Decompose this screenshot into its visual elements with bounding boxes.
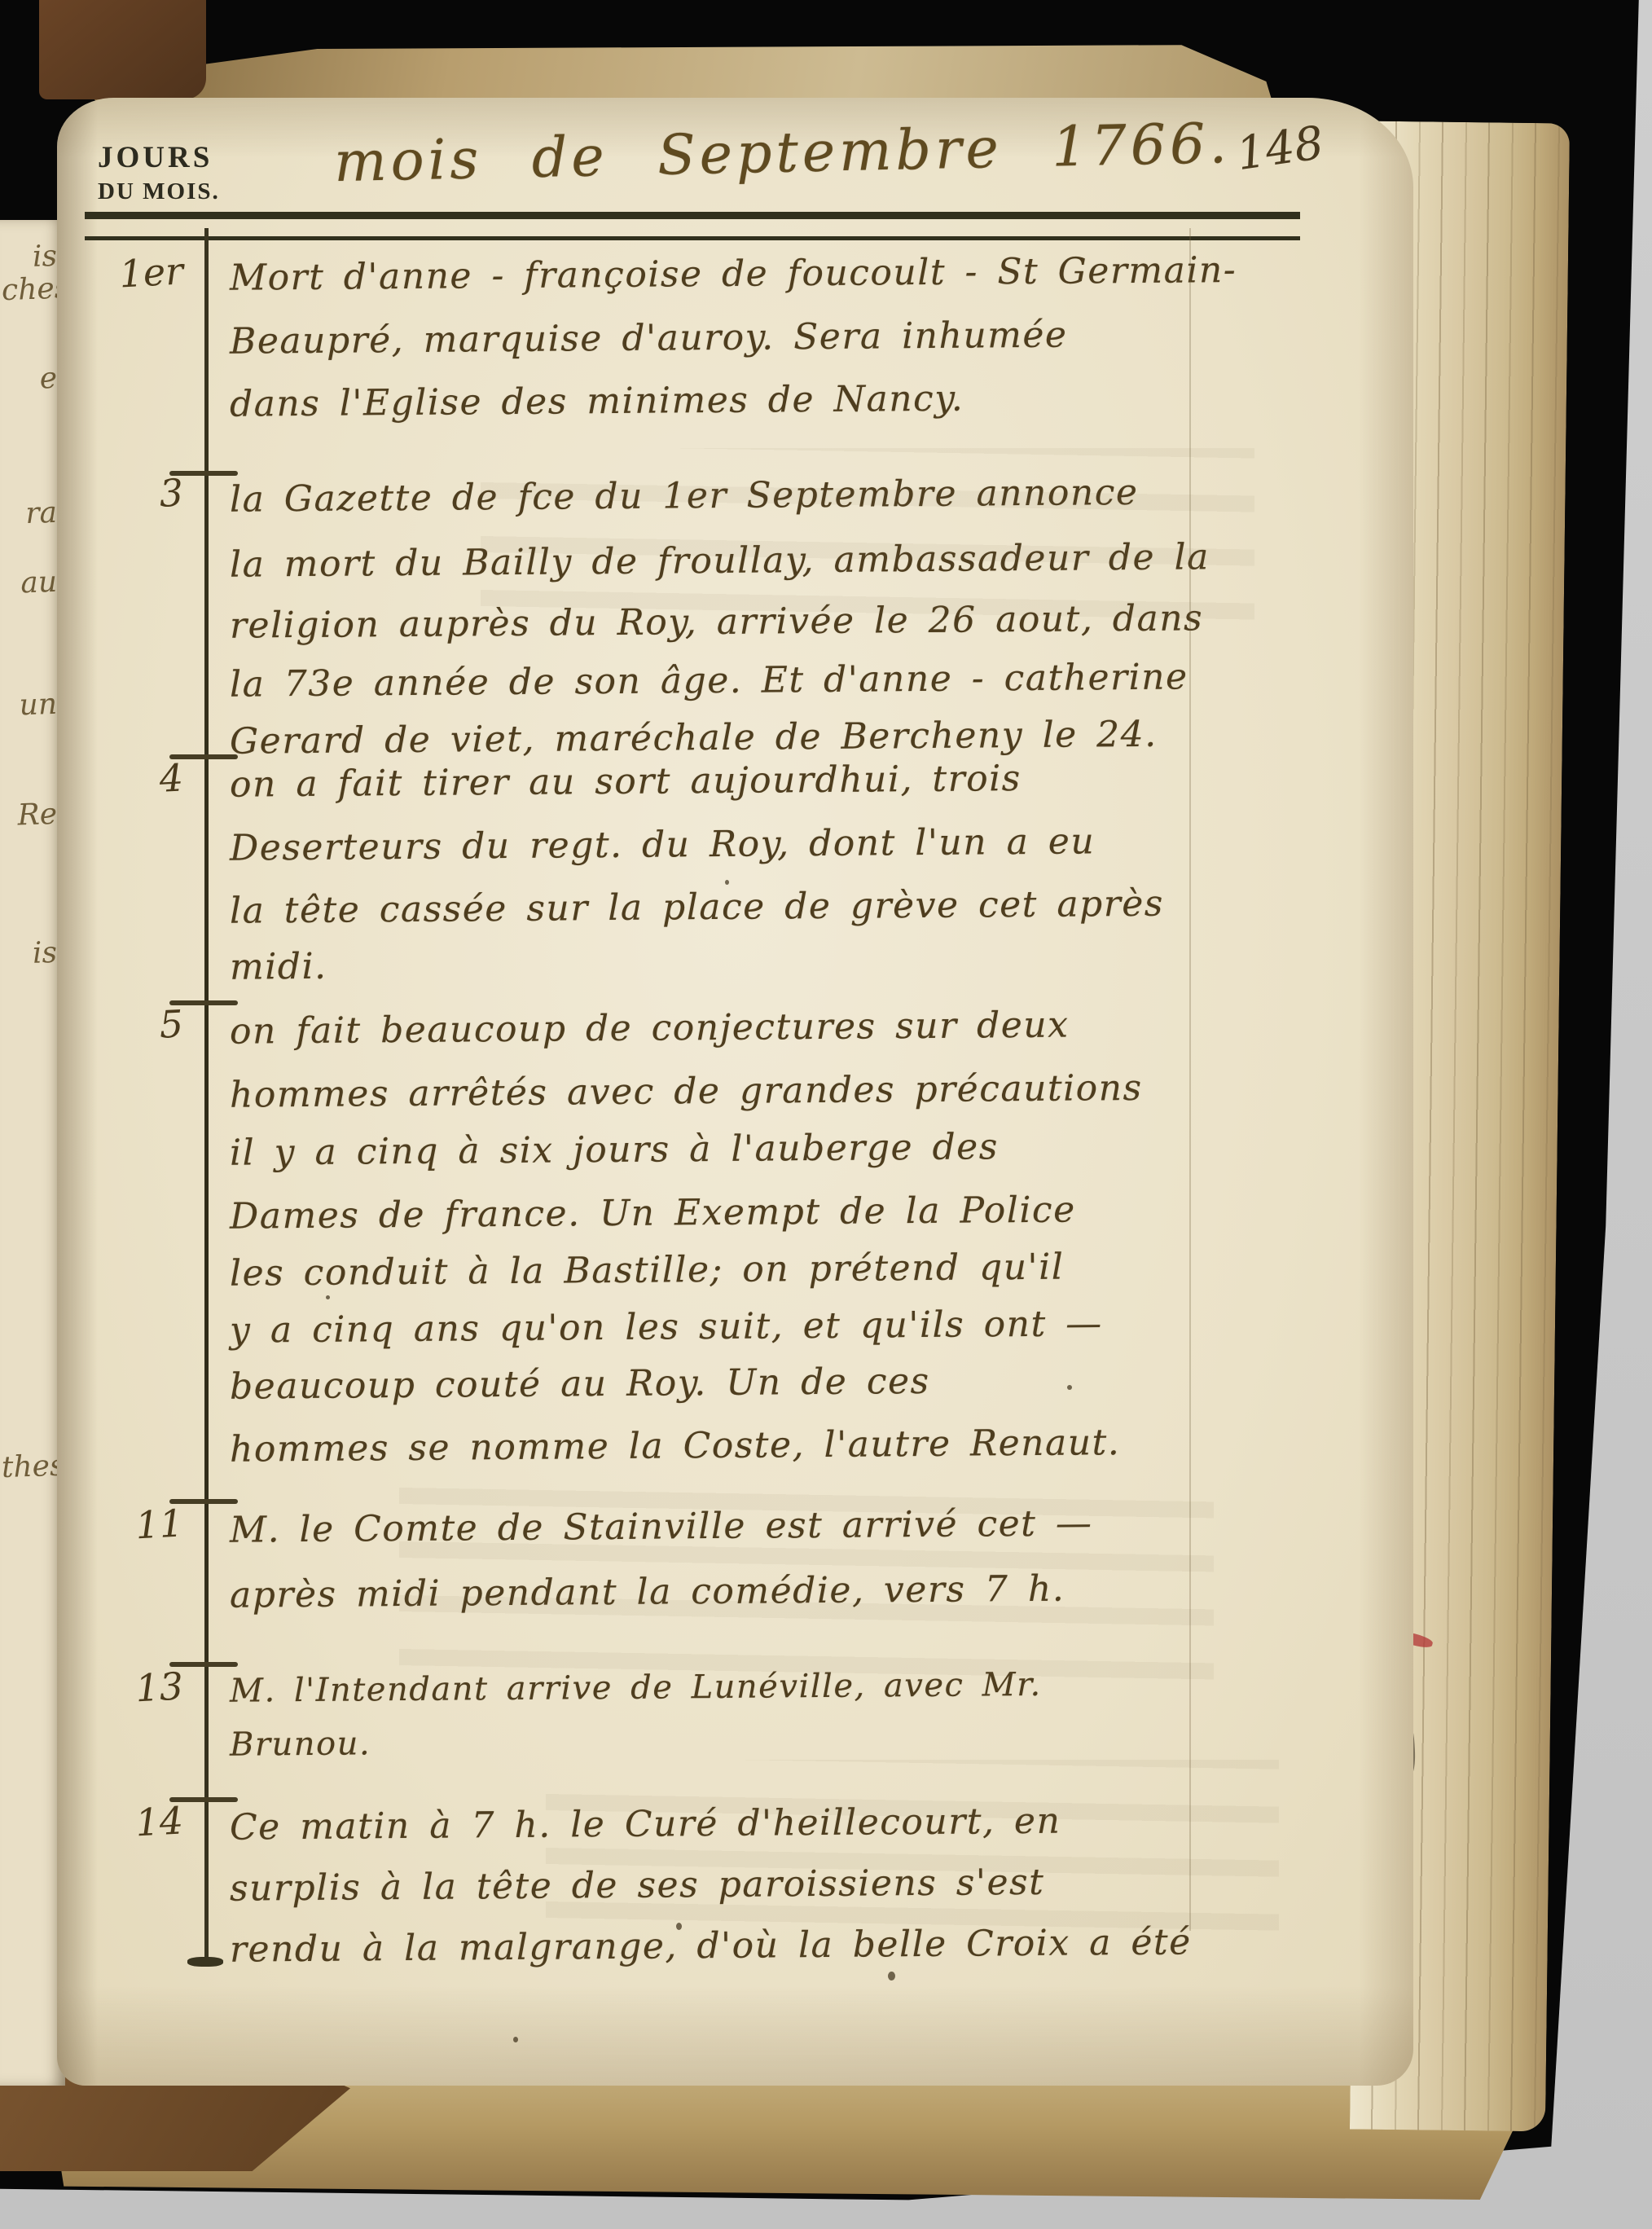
page-crease bbox=[1189, 228, 1191, 1931]
margin-fragment: Re bbox=[1, 798, 57, 833]
entry-line: dans l'Eglise des minimes de Nancy. bbox=[230, 374, 1411, 424]
margin-fragment: is bbox=[1, 240, 57, 275]
entry-line: beaucoup couté au Roy. Un de ces bbox=[230, 1356, 1411, 1407]
entry-line: la Gazette de fce du 1er Septembre annon… bbox=[230, 469, 1411, 520]
month-title: mois de Septembre 1766. bbox=[333, 111, 1279, 195]
entry-line: il y a cinq à six jours à l'auberge des bbox=[230, 1123, 1411, 1173]
entry-line: Mort d'anne - françoise de foucoult - St… bbox=[230, 248, 1411, 298]
entry-line: la 73e année de son âge. Et d'anne - cat… bbox=[230, 654, 1411, 705]
column-header-label: JOURS DU MOIS. bbox=[98, 140, 220, 205]
day-label: 1er bbox=[101, 248, 185, 297]
entry-line: M. l'Intendant arrive de Lunéville, avec… bbox=[230, 1663, 1411, 1709]
margin-fragment: ra bbox=[1, 496, 57, 531]
day-label: 4 bbox=[101, 755, 185, 803]
day-label: 3 bbox=[101, 470, 185, 518]
day-column-rule-end bbox=[187, 1957, 223, 1967]
entry-line: rendu à la malgrange, d'où la belle Croi… bbox=[230, 1919, 1411, 1970]
entry-line: M. le Comte de Stainville est arrivé cet… bbox=[230, 1500, 1411, 1550]
entry-line: la mort du Bailly de froullay, ambassade… bbox=[230, 534, 1411, 585]
entry-line: on a fait tirer au sort aujourdhui, troi… bbox=[230, 754, 1411, 805]
margin-fragment: un bbox=[1, 688, 57, 723]
paper-speck bbox=[513, 2037, 518, 2042]
column-header-line1: JOURS bbox=[98, 140, 220, 175]
paper-speck bbox=[725, 880, 729, 885]
entry-line: Deserteurs du regt. du Roy, dont l'un a … bbox=[230, 818, 1411, 868]
journal-page: JOURS DU MOIS. mois de Septembre 1766. 1… bbox=[57, 98, 1413, 2086]
entry-line: Ce matin à 7 h. le Curé d'heillecourt, e… bbox=[230, 1797, 1411, 1848]
previous-page-edge: is ches e ra au un Re is thes bbox=[0, 220, 65, 2086]
entry-line: on fait beaucoup de conjectures sur deux bbox=[230, 1001, 1411, 1052]
margin-fragment: ches bbox=[1, 272, 57, 307]
book-cover-top-corner bbox=[39, 0, 206, 99]
entry-line: hommes arrêtés avec de grandes précautio… bbox=[230, 1065, 1411, 1115]
page-number: 148 bbox=[1233, 117, 1327, 181]
paper-speck bbox=[1067, 1385, 1072, 1390]
margin-fragment: is bbox=[1, 936, 57, 971]
entry-line: midi. bbox=[230, 937, 1411, 987]
entry-line: surplis à la tête de ses paroissiens s'e… bbox=[230, 1858, 1411, 1909]
day-label: 5 bbox=[101, 1001, 185, 1049]
day-column-rule bbox=[204, 228, 209, 1963]
margin-fragment: e bbox=[1, 362, 57, 397]
entry-line: Gerard de viet, maréchale de Bercheny le… bbox=[230, 711, 1411, 762]
day-label: 13 bbox=[101, 1664, 185, 1712]
day-label: 14 bbox=[101, 1798, 185, 1846]
column-header-line2: DU MOIS. bbox=[98, 178, 220, 205]
entry-line: les conduit à la Bastille; on prétend qu… bbox=[230, 1243, 1411, 1294]
entry-line: la tête cassée sur la place de grève cet… bbox=[230, 881, 1411, 931]
entry-line: religion auprès du Roy, arrivée le 26 ao… bbox=[230, 596, 1411, 646]
entry-line: hommes se nomme la Coste, l'autre Renaut… bbox=[230, 1419, 1411, 1470]
paper-speck bbox=[676, 1923, 682, 1930]
margin-fragment: thes bbox=[1, 1449, 57, 1484]
entry-line: Brunou. bbox=[230, 1717, 1411, 1763]
entry-line: Dames de france. Un Exempt de la Police bbox=[230, 1186, 1411, 1237]
paper-speck bbox=[326, 1295, 330, 1299]
day-label: 11 bbox=[101, 1501, 185, 1549]
entry-line: après midi pendant la comédie, vers 7 h. bbox=[230, 1565, 1411, 1616]
margin-fragment: au bbox=[1, 565, 57, 600]
header-rule bbox=[85, 212, 1300, 240]
paper-speck bbox=[888, 1972, 895, 1981]
entry-line: y a cinq ans qu'on les suit, et qu'ils o… bbox=[230, 1300, 1411, 1351]
entry-line: Beaupré, marquise d'auroy. Sera inhumée bbox=[230, 311, 1411, 362]
scanned-journal-photo: is ches e ra au un Re is thes JOURS DU M… bbox=[0, 0, 1652, 2229]
